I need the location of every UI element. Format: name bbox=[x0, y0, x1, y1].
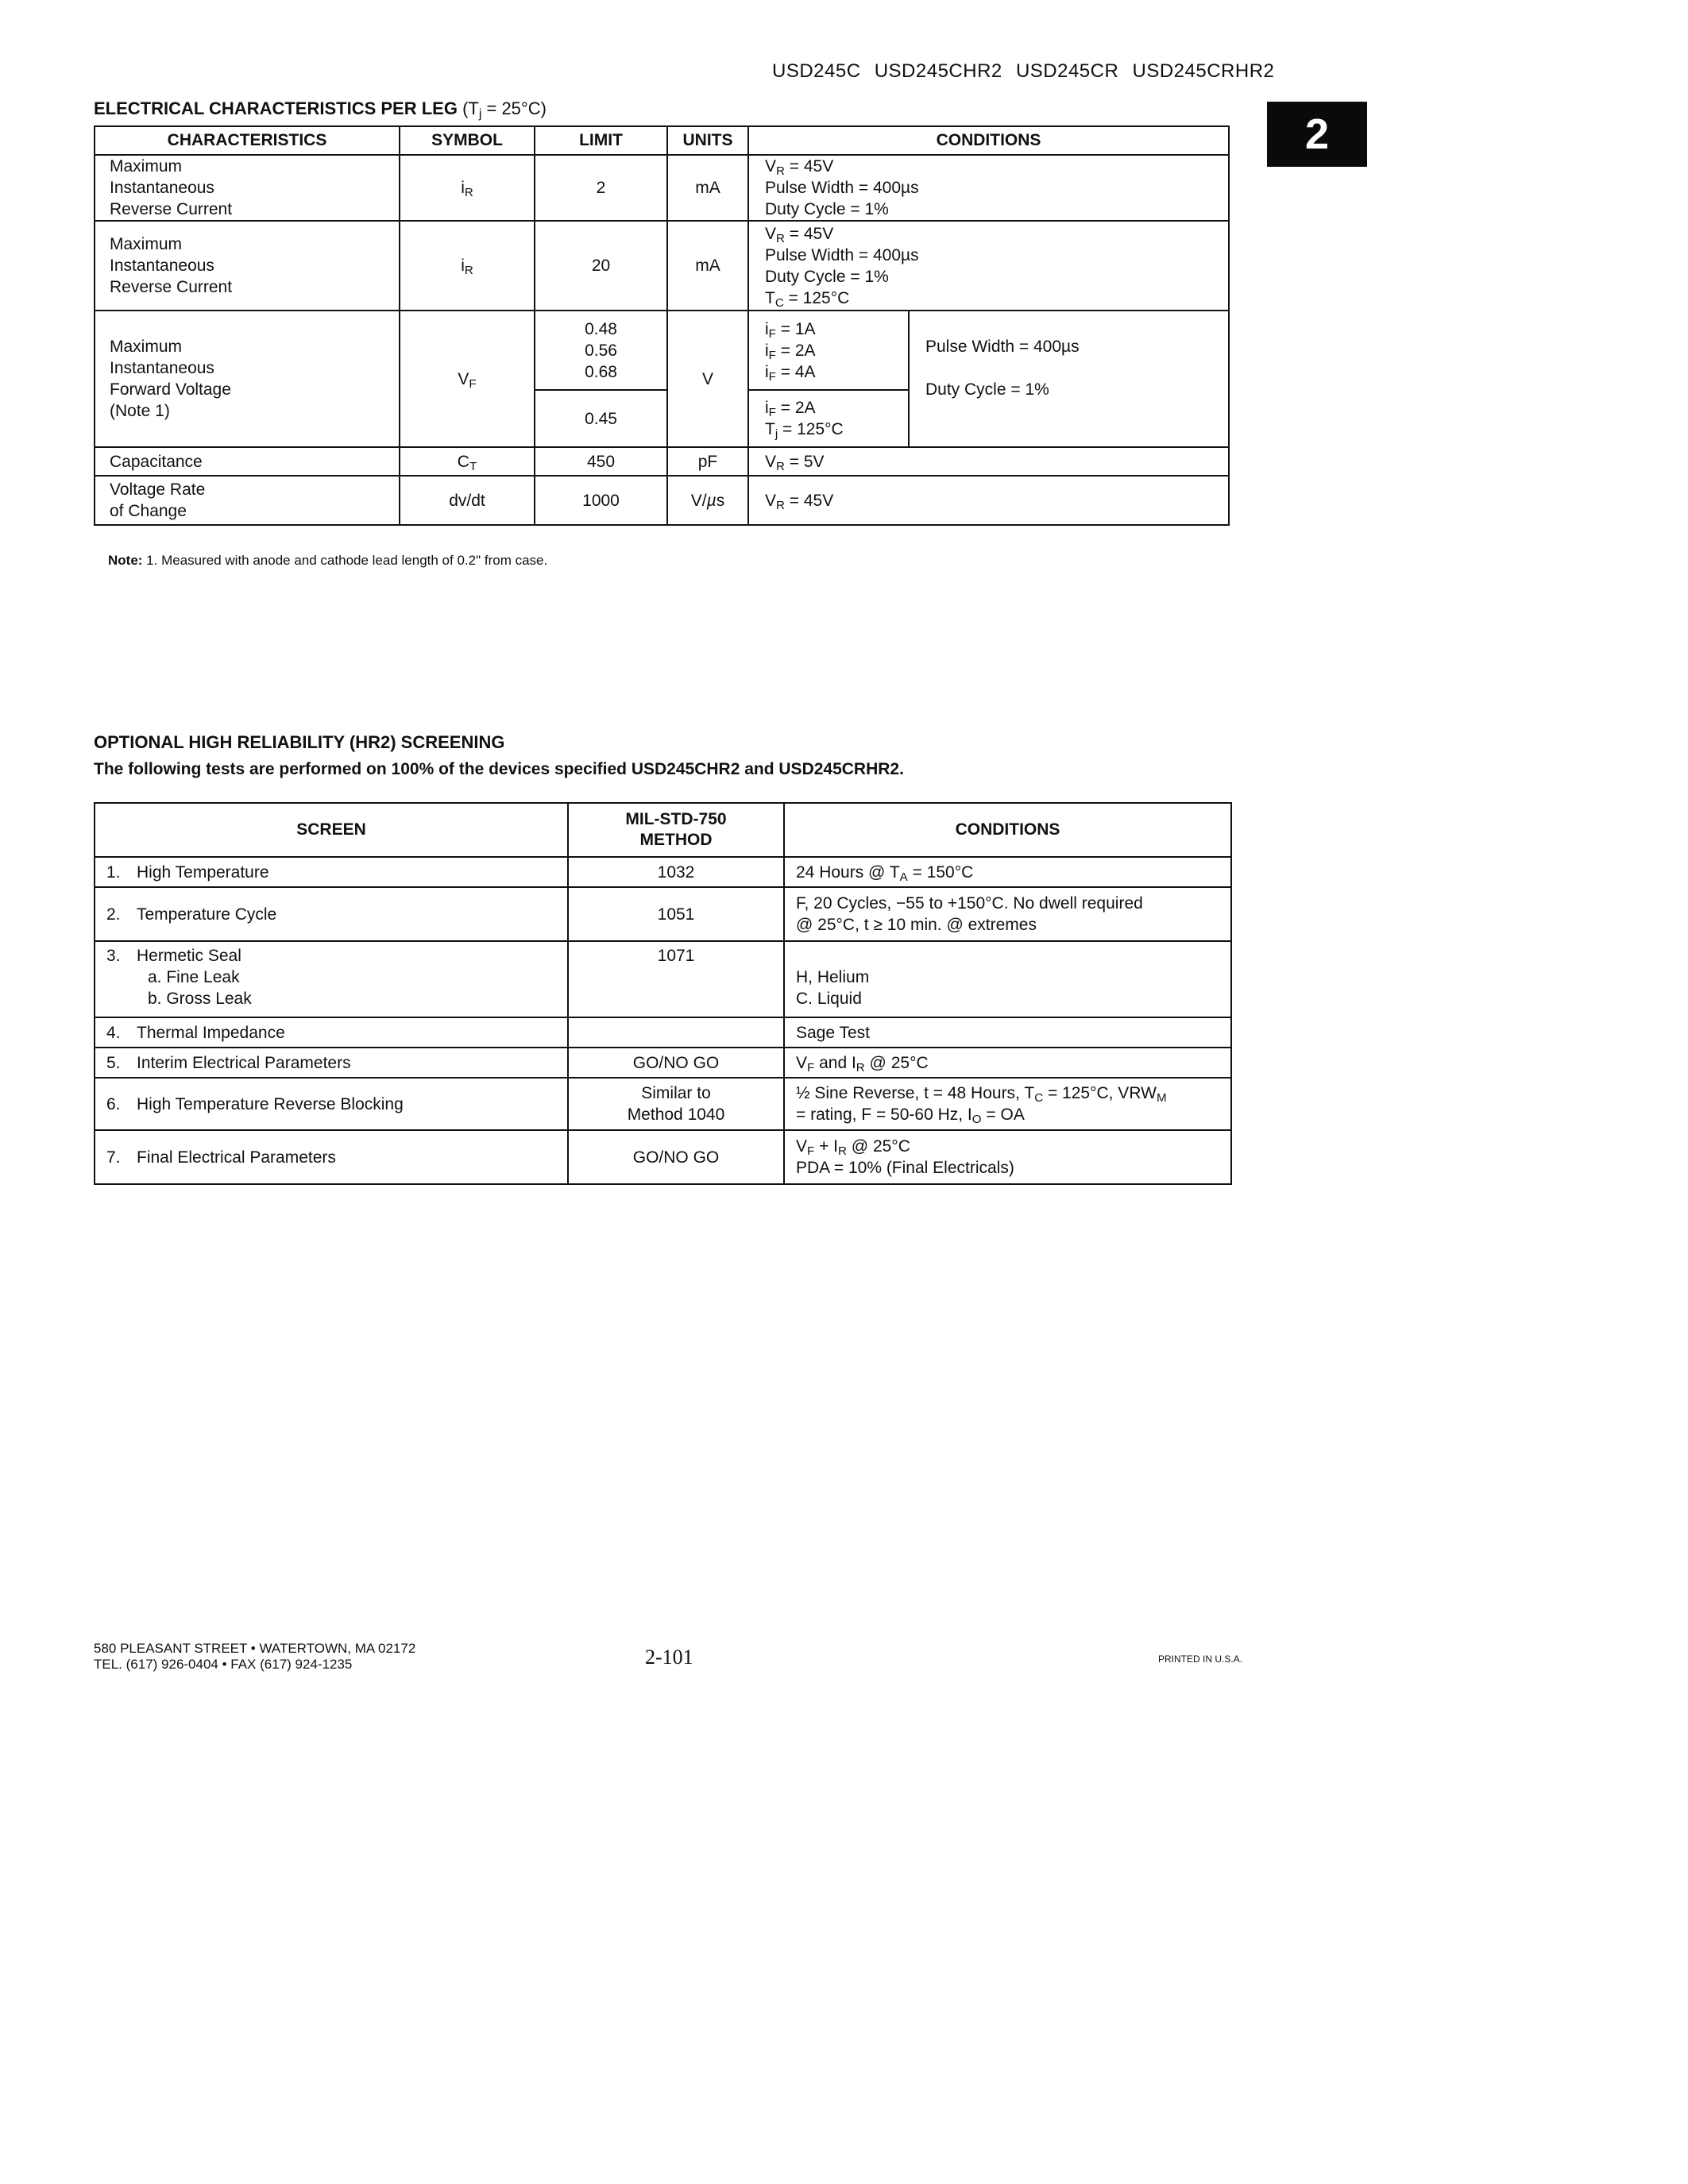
col-characteristics: CHARACTERISTICS bbox=[95, 126, 400, 155]
table-row: MaximumInstantaneousReverse Current iR 2… bbox=[95, 221, 1229, 311]
col-screen: SCREEN bbox=[95, 803, 568, 857]
screen-cell: 7.Final Electrical Parameters bbox=[95, 1130, 568, 1184]
characteristic-cell: MaximumInstantaneousForward Voltage(Note… bbox=[95, 311, 400, 447]
conditions-cell: H, HeliumC. Liquid bbox=[784, 941, 1231, 1017]
footnote: Note: 1. Measured with anode and cathode… bbox=[108, 553, 547, 569]
conditions-cell: F, 20 Cycles, −55 to +150°C. No dwell re… bbox=[784, 887, 1231, 941]
col-method: MIL-STD-750METHOD bbox=[568, 803, 784, 857]
table-row: 4.Thermal Impedance Sage Test bbox=[95, 1017, 1231, 1048]
limit-cell: 450 bbox=[535, 447, 667, 476]
symbol-cell: dv/dt bbox=[400, 476, 535, 525]
col-symbol: SYMBOL bbox=[400, 126, 535, 155]
screen-cell: 3.Hermetic Seala. Fine Leakb. Gross Leak bbox=[95, 941, 568, 1017]
limit-cell: 0.480.560.68 bbox=[535, 311, 667, 390]
conditions-cell: VF and IR @ 25°C bbox=[784, 1048, 1231, 1078]
page-number: 2-101 bbox=[645, 1646, 693, 1669]
footer-address: 580 PLEASANT STREET • WATERTOWN, MA 0217… bbox=[94, 1641, 415, 1673]
units-cell: pF bbox=[667, 447, 748, 476]
screening-table: SCREEN MIL-STD-750METHOD CONDITIONS 1.Hi… bbox=[94, 802, 1232, 1185]
symbol-cell: iR bbox=[400, 155, 535, 221]
table-row: 5.Interim Electrical Parameters GO/NO GO… bbox=[95, 1048, 1231, 1078]
limit-cell: 0.45 bbox=[535, 390, 667, 447]
table-row: 7.Final Electrical Parameters GO/NO GO V… bbox=[95, 1130, 1231, 1184]
address-line-2: TEL. (617) 926-0404 • FAX (617) 924-1235 bbox=[94, 1657, 415, 1673]
method-cell: Similar toMethod 1040 bbox=[568, 1078, 784, 1130]
conditions-cell: 24 Hours @ TA = 150°C bbox=[784, 857, 1231, 887]
symbol-cell: CT bbox=[400, 447, 535, 476]
electrical-characteristics-title: ELECTRICAL CHARACTERISTICS PER LEG (Tj =… bbox=[94, 98, 547, 119]
method-cell: 1051 bbox=[568, 887, 784, 941]
units-cell: mA bbox=[667, 155, 748, 221]
col-limit: LIMIT bbox=[535, 126, 667, 155]
part-numbers-header: USD245C USD245CHR2 USD245CR USD245CRHR2 bbox=[772, 60, 1274, 83]
method-cell bbox=[568, 1017, 784, 1048]
screen-cell: 5.Interim Electrical Parameters bbox=[95, 1048, 568, 1078]
characteristic-cell: Capacitance bbox=[95, 447, 400, 476]
limit-cell: 20 bbox=[535, 221, 667, 311]
units-cell: V/µs bbox=[667, 476, 748, 525]
screening-subtitle: The following tests are performed on 100… bbox=[94, 760, 904, 779]
conditions-cell: iF = 1AiF = 2AiF = 4A bbox=[748, 311, 909, 390]
table-row: 3.Hermetic Seala. Fine Leakb. Gross Leak… bbox=[95, 941, 1231, 1017]
address-line-1: 580 PLEASANT STREET • WATERTOWN, MA 0217… bbox=[94, 1641, 415, 1657]
screen-cell: 1.High Temperature bbox=[95, 857, 568, 887]
conditions-shared-cell: Pulse Width = 400µsDuty Cycle = 1% bbox=[909, 311, 1229, 447]
section-tab: 2 bbox=[1267, 102, 1367, 167]
table-row: MaximumInstantaneousForward Voltage(Note… bbox=[95, 311, 1229, 390]
conditions-cell: VR = 45VPulse Width = 400µsDuty Cycle = … bbox=[748, 221, 1229, 311]
table-header-row: SCREEN MIL-STD-750METHOD CONDITIONS bbox=[95, 803, 1231, 857]
screen-cell: 2.Temperature Cycle bbox=[95, 887, 568, 941]
table-row: Capacitance CT 450 pF VR = 5V bbox=[95, 447, 1229, 476]
electrical-characteristics-table: CHARACTERISTICS SYMBOL LIMIT UNITS CONDI… bbox=[94, 125, 1230, 526]
units-cell: mA bbox=[667, 221, 748, 311]
limit-cell: 1000 bbox=[535, 476, 667, 525]
title-text: ELECTRICAL CHARACTERISTICS PER LEG bbox=[94, 98, 458, 118]
screen-cell: 6.High Temperature Reverse Blocking bbox=[95, 1078, 568, 1130]
table-header-row: CHARACTERISTICS SYMBOL LIMIT UNITS CONDI… bbox=[95, 126, 1229, 155]
conditions-cell: VR = 5V bbox=[748, 447, 1229, 476]
table-row: Voltage Rateof Change dv/dt 1000 V/µs VR… bbox=[95, 476, 1229, 525]
method-cell: 1032 bbox=[568, 857, 784, 887]
units-cell: V bbox=[667, 311, 748, 447]
table-row: 6.High Temperature Reverse Blocking Simi… bbox=[95, 1078, 1231, 1130]
method-cell: 1071 bbox=[568, 941, 784, 1017]
symbol-cell: VF bbox=[400, 311, 535, 447]
characteristic-cell: MaximumInstantaneousReverse Current bbox=[95, 221, 400, 311]
characteristic-cell: MaximumInstantaneousReverse Current bbox=[95, 155, 400, 221]
conditions-cell: ½ Sine Reverse, t = 48 Hours, TC = 125°C… bbox=[784, 1078, 1231, 1130]
screen-cell: 4.Thermal Impedance bbox=[95, 1017, 568, 1048]
table-row: 2.Temperature Cycle 1051 F, 20 Cycles, −… bbox=[95, 887, 1231, 941]
printed-in-usa: PRINTED IN U.S.A. bbox=[1158, 1653, 1242, 1665]
conditions-cell: VR = 45V bbox=[748, 476, 1229, 525]
conditions-cell: VF + IR @ 25°CPDA = 10% (Final Electrica… bbox=[784, 1130, 1231, 1184]
table-row: MaximumInstantaneousReverse Current iR 2… bbox=[95, 155, 1229, 221]
screening-title: OPTIONAL HIGH RELIABILITY (HR2) SCREENIN… bbox=[94, 732, 504, 753]
title-condition: (Tj = 25°C) bbox=[462, 98, 547, 118]
conditions-cell: VR = 45VPulse Width = 400µsDuty Cycle = … bbox=[748, 155, 1229, 221]
characteristic-cell: Voltage Rateof Change bbox=[95, 476, 400, 525]
symbol-cell: iR bbox=[400, 221, 535, 311]
table-row: 1.High Temperature 1032 24 Hours @ TA = … bbox=[95, 857, 1231, 887]
method-cell: GO/NO GO bbox=[568, 1130, 784, 1184]
limit-cell: 2 bbox=[535, 155, 667, 221]
conditions-cell: iF = 2ATj = 125°C bbox=[748, 390, 909, 447]
col-conditions: CONDITIONS bbox=[748, 126, 1229, 155]
method-cell: GO/NO GO bbox=[568, 1048, 784, 1078]
col-conditions: CONDITIONS bbox=[784, 803, 1231, 857]
col-units: UNITS bbox=[667, 126, 748, 155]
conditions-cell: Sage Test bbox=[784, 1017, 1231, 1048]
